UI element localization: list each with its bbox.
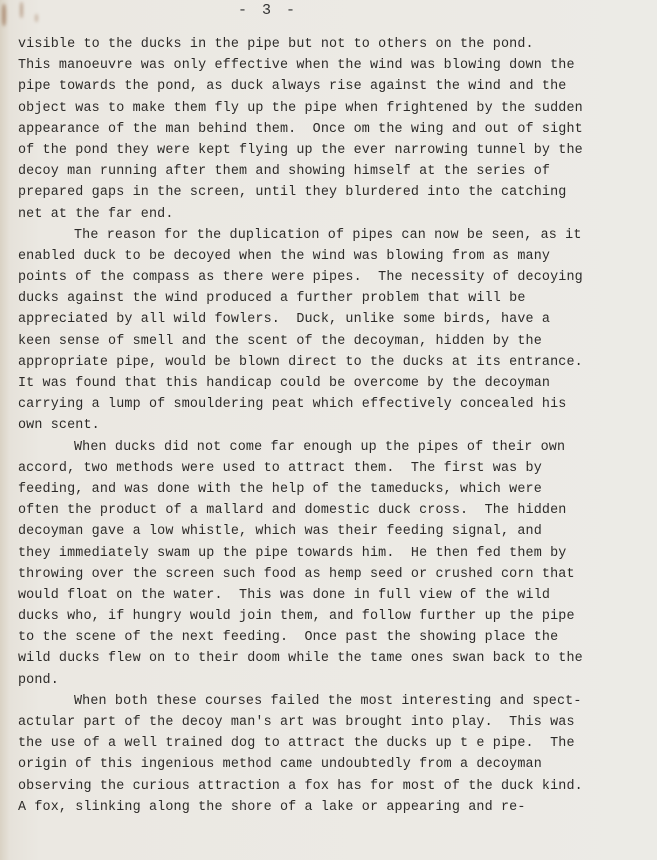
paragraph: The reason for the duplication of pipes … [18,225,648,437]
text-line: actular part of the decoy man's art was … [18,712,648,733]
text-line: own scent. [18,415,648,436]
text-line: When ducks did not come far enough up th… [18,437,648,458]
text-line: appearance of the man behind them. Once … [18,119,648,140]
text-line: wild ducks flew on to their doom while t… [18,648,648,669]
text-line: object was to make them fly up the pipe … [18,98,648,119]
text-line: A fox, slinking along the shore of a lak… [18,797,648,818]
text-line: It was found that this handicap could be… [18,373,648,394]
page-number: - 3 - [238,2,298,19]
text-line: keen sense of smell and the scent of the… [18,331,648,352]
paragraph: When both these courses failed the most … [18,691,648,818]
text-line: would float on the water. This was done … [18,585,648,606]
text-line: ducks against the wind produced a furthe… [18,288,648,309]
text-line: of the pond they were kept flying up the… [18,140,648,161]
text-line: throwing over the screen such food as he… [18,564,648,585]
text-line: often the product of a mallard and domes… [18,500,648,521]
text-line: visible to the ducks in the pipe but not… [18,34,648,55]
text-line: appropriate pipe, would be blown direct … [18,352,648,373]
text-line: to the scene of the next feeding. Once p… [18,627,648,648]
text-line: enabled duck to be decoyed when the wind… [18,246,648,267]
text-line: pipe towards the pond, as duck always ri… [18,76,648,97]
text-line: the use of a well trained dog to attract… [18,733,648,754]
text-line: decoy man running after them and showing… [18,161,648,182]
text-line: observing the curious attraction a fox h… [18,776,648,797]
rust-stain [2,4,6,26]
rust-stain [20,2,23,18]
text-line: accord, two methods were used to attract… [18,458,648,479]
text-line: ducks who, if hungry would join them, an… [18,606,648,627]
text-line: pond. [18,670,648,691]
text-line: they immediately swam up the pipe toward… [18,543,648,564]
text-line: This manoeuvre was only effective when t… [18,55,648,76]
text-line: feeding, and was done with the help of t… [18,479,648,500]
typewritten-page: - 3 - visible to the ducks in the pipe b… [0,0,657,860]
text-line: origin of this ingenious method came und… [18,754,648,775]
text-line: appreciated by all wild fowlers. Duck, u… [18,309,648,330]
paragraph: visible to the ducks in the pipe but not… [18,34,648,225]
document-body: visible to the ducks in the pipe but not… [18,34,648,818]
text-line: The reason for the duplication of pipes … [18,225,648,246]
text-line: When both these courses failed the most … [18,691,648,712]
paragraph: When ducks did not come far enough up th… [18,437,648,691]
rust-stain [35,14,38,22]
text-line: net at the far end. [18,204,648,225]
text-line: carrying a lump of smouldering peat whic… [18,394,648,415]
text-line: points of the compass as there were pipe… [18,267,648,288]
text-line: decoyman gave a low whistle, which was t… [18,521,648,542]
text-line: prepared gaps in the screen, until they … [18,182,648,203]
